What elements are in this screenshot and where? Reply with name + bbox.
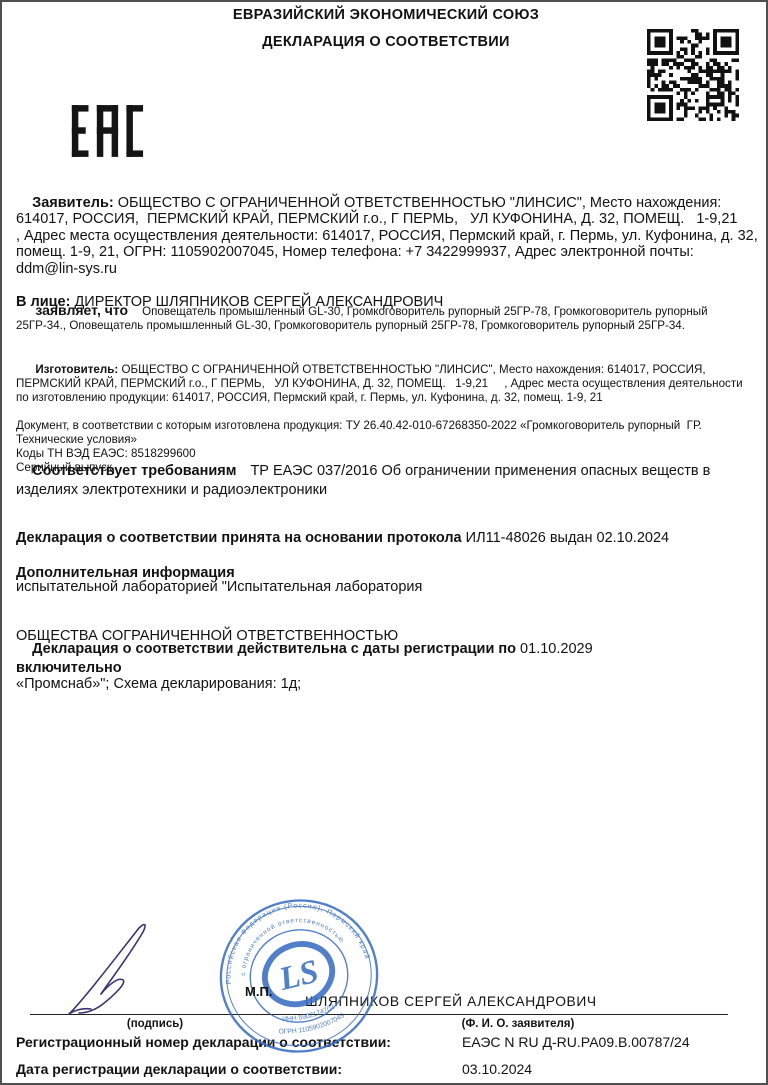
registration-date-value: 03.10.2024 [462, 1061, 532, 1077]
manufacturer-label: Изготовитель: [35, 363, 118, 376]
applicant-label: Заявитель: [32, 195, 114, 211]
stamp-place-label: М.П. [245, 984, 272, 999]
union-title: ЕВРАЗИЙСКИЙ ЭКОНОМИЧЕСКИЙ СОЮЗ [2, 2, 768, 29]
compliance-label: Соответствует требованиям [32, 463, 250, 479]
validity-label: Декларация о соответствии действительна … [32, 641, 516, 657]
declares-label: заявляет, что [35, 302, 142, 318]
signature-icon [57, 920, 202, 1018]
registration-number-value: ЕАЭС N RU Д-RU.РА09.В.00787/24 [462, 1034, 690, 1050]
declaration-document-page: ЕВРАЗИЙСКИЙ ЭКОНОМИЧЕСКИЙ СОЮЗ ДЕКЛАРАЦИ… [0, 0, 768, 1085]
eac-logo-icon [70, 102, 144, 160]
applicant-text: ОБЩЕСТВО С ОГРАНИЧЕННОЙ ОТВЕТСТВЕННОСТЬЮ… [16, 195, 762, 277]
document-header: ЕВРАЗИЙСКИЙ ЭКОНОМИЧЕСКИЙ СОЮЗ ДЕКЛАРАЦИ… [2, 2, 768, 56]
manufacturer-text: ОБЩЕСТВО С ОГРАНИЧЕННОЙ ОТВЕТСТВЕННОСТЬЮ… [16, 363, 746, 404]
validity-suffix: включительно [16, 660, 122, 676]
validity-date: 01.10.2029 [516, 641, 597, 657]
basis-label: Декларация о соответствии принята на осн… [16, 530, 462, 546]
validity-section: Декларация о соответствии действительна … [16, 621, 656, 697]
additional-info-label: Дополнительная информация [16, 565, 758, 582]
stamp-ls-logo: LS [275, 953, 323, 999]
document-title: ДЕКЛАРАЦИЯ О СООТВЕТСТВИИ [2, 29, 768, 56]
basis-protocol-text: ИЛ11-48026 выдан 02.10.2024 [462, 530, 669, 546]
company-stamp-icon: LS Российская Федерация (Россия), Пермск… [204, 886, 394, 1066]
